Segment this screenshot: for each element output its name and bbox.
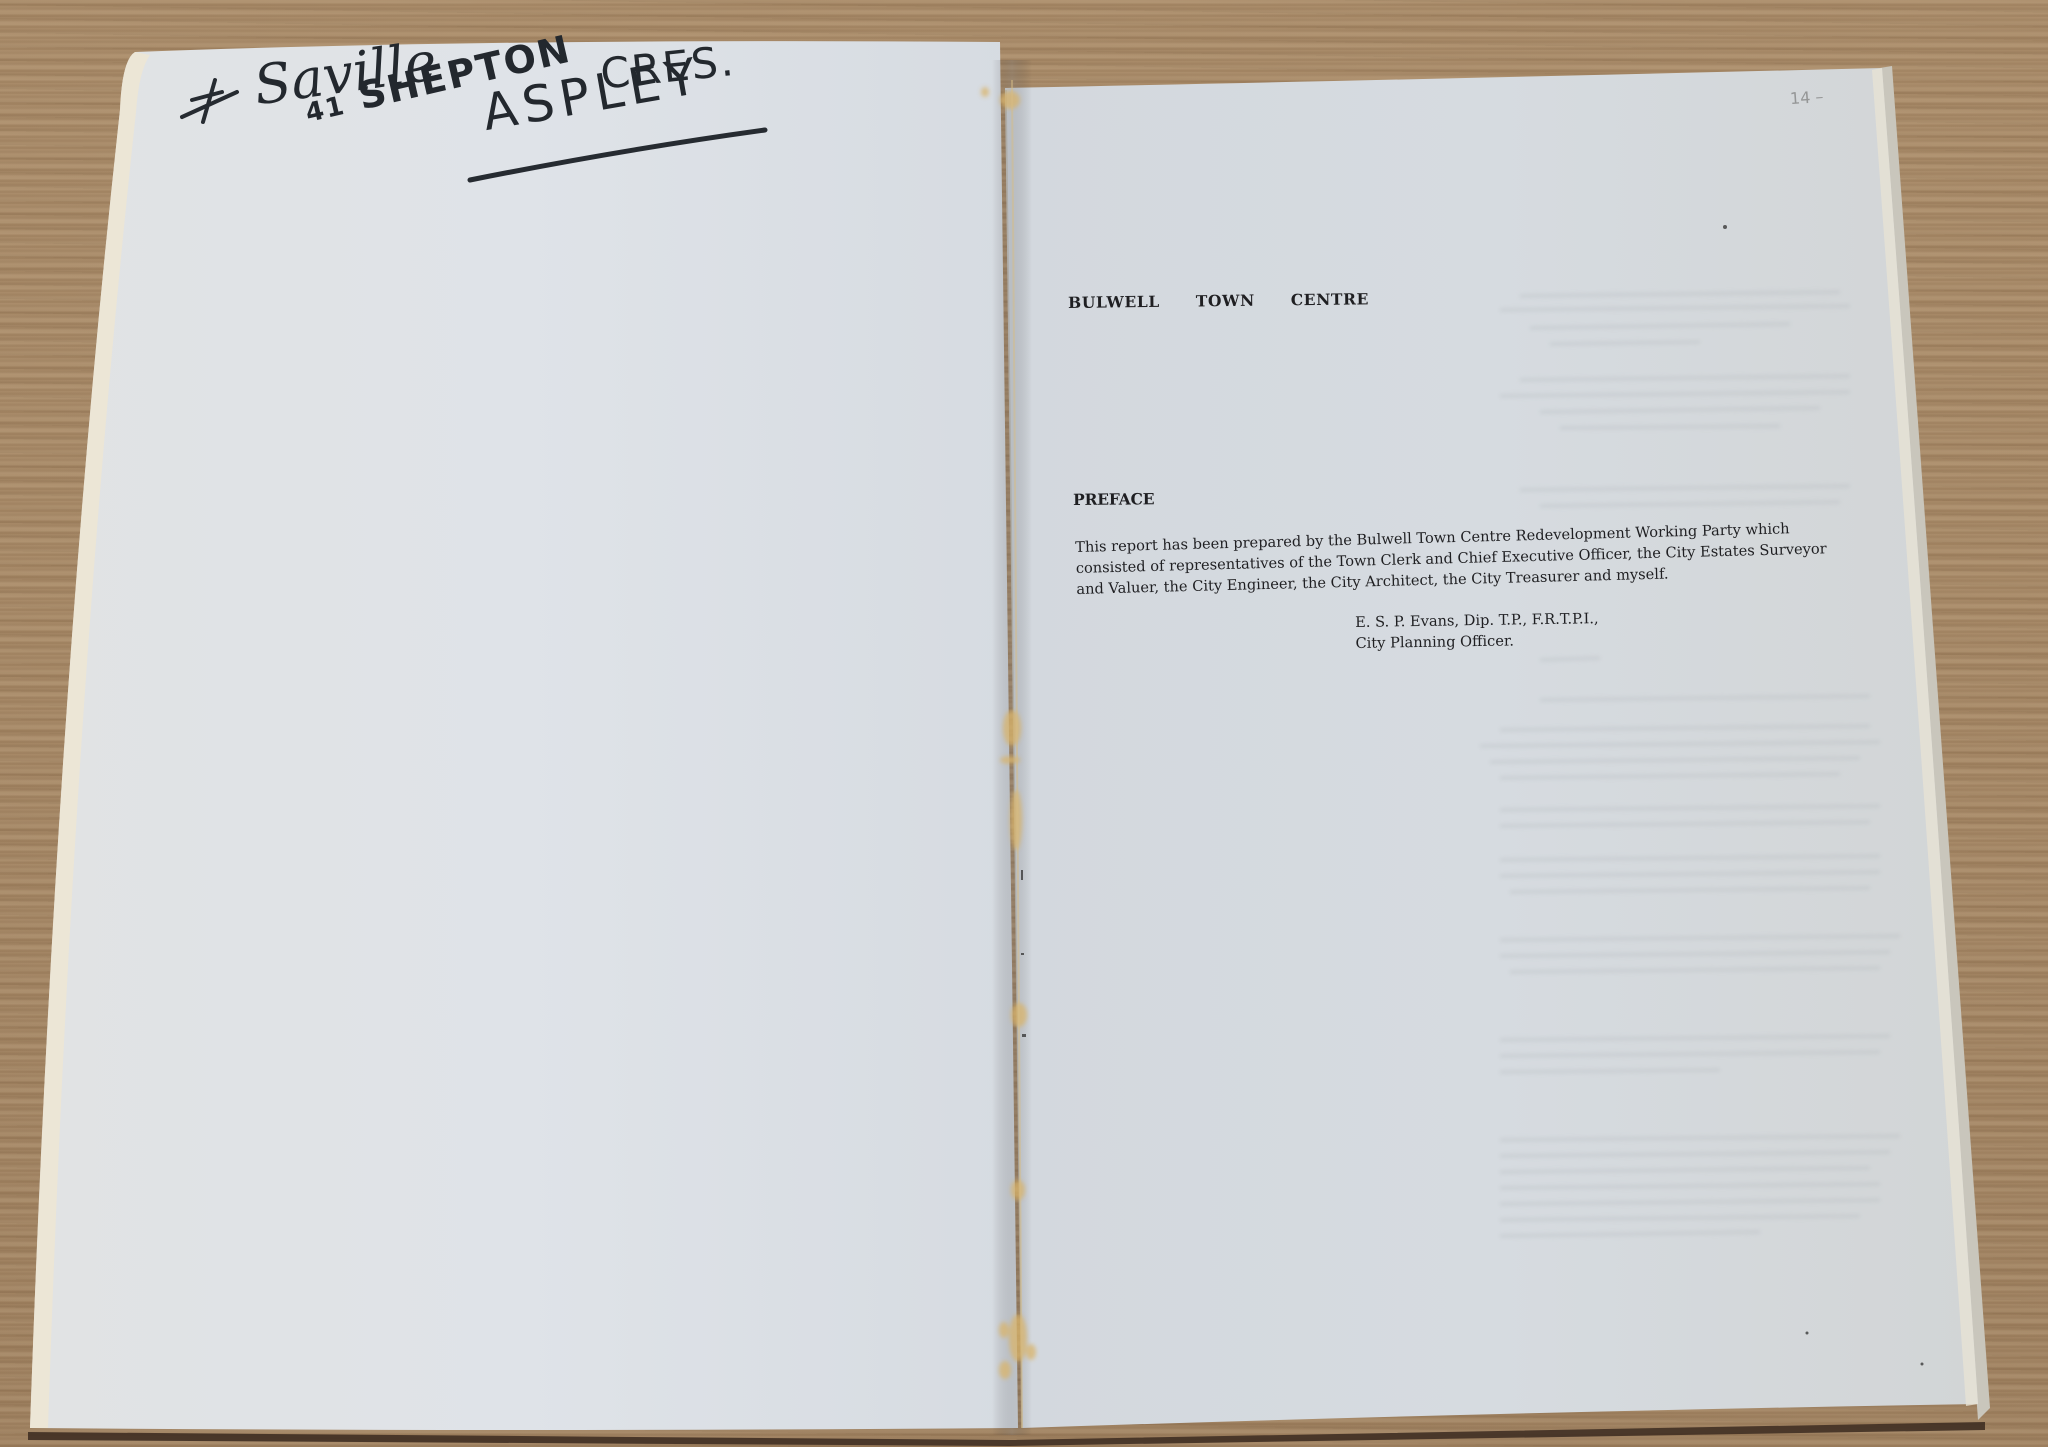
- signatory-title: City Planning Officer.: [1355, 629, 1599, 654]
- signatory-name: E. S. P. Evans, Dip. T.P., F.R.T.P.I.,: [1355, 608, 1599, 633]
- open-booklet: [0, 0, 2048, 1447]
- handwritten-street-number: 41: [303, 91, 349, 129]
- left-page: [30, 41, 1018, 1430]
- book-gutter: [992, 60, 1032, 1435]
- right-page: [1005, 68, 1978, 1428]
- preface-heading: PREFACE: [1073, 489, 1154, 509]
- document-title: BULWELL TOWN CENTRE: [1068, 289, 1369, 312]
- preface-signature: E. S. P. Evans, Dip. T.P., F.R.T.P.I., C…: [1355, 608, 1599, 654]
- photo-scene: F Saville Saville 41 SHEPTON CRES. ASPLE…: [0, 0, 2048, 1447]
- pencil-page-mark: 14 –: [1789, 87, 1824, 108]
